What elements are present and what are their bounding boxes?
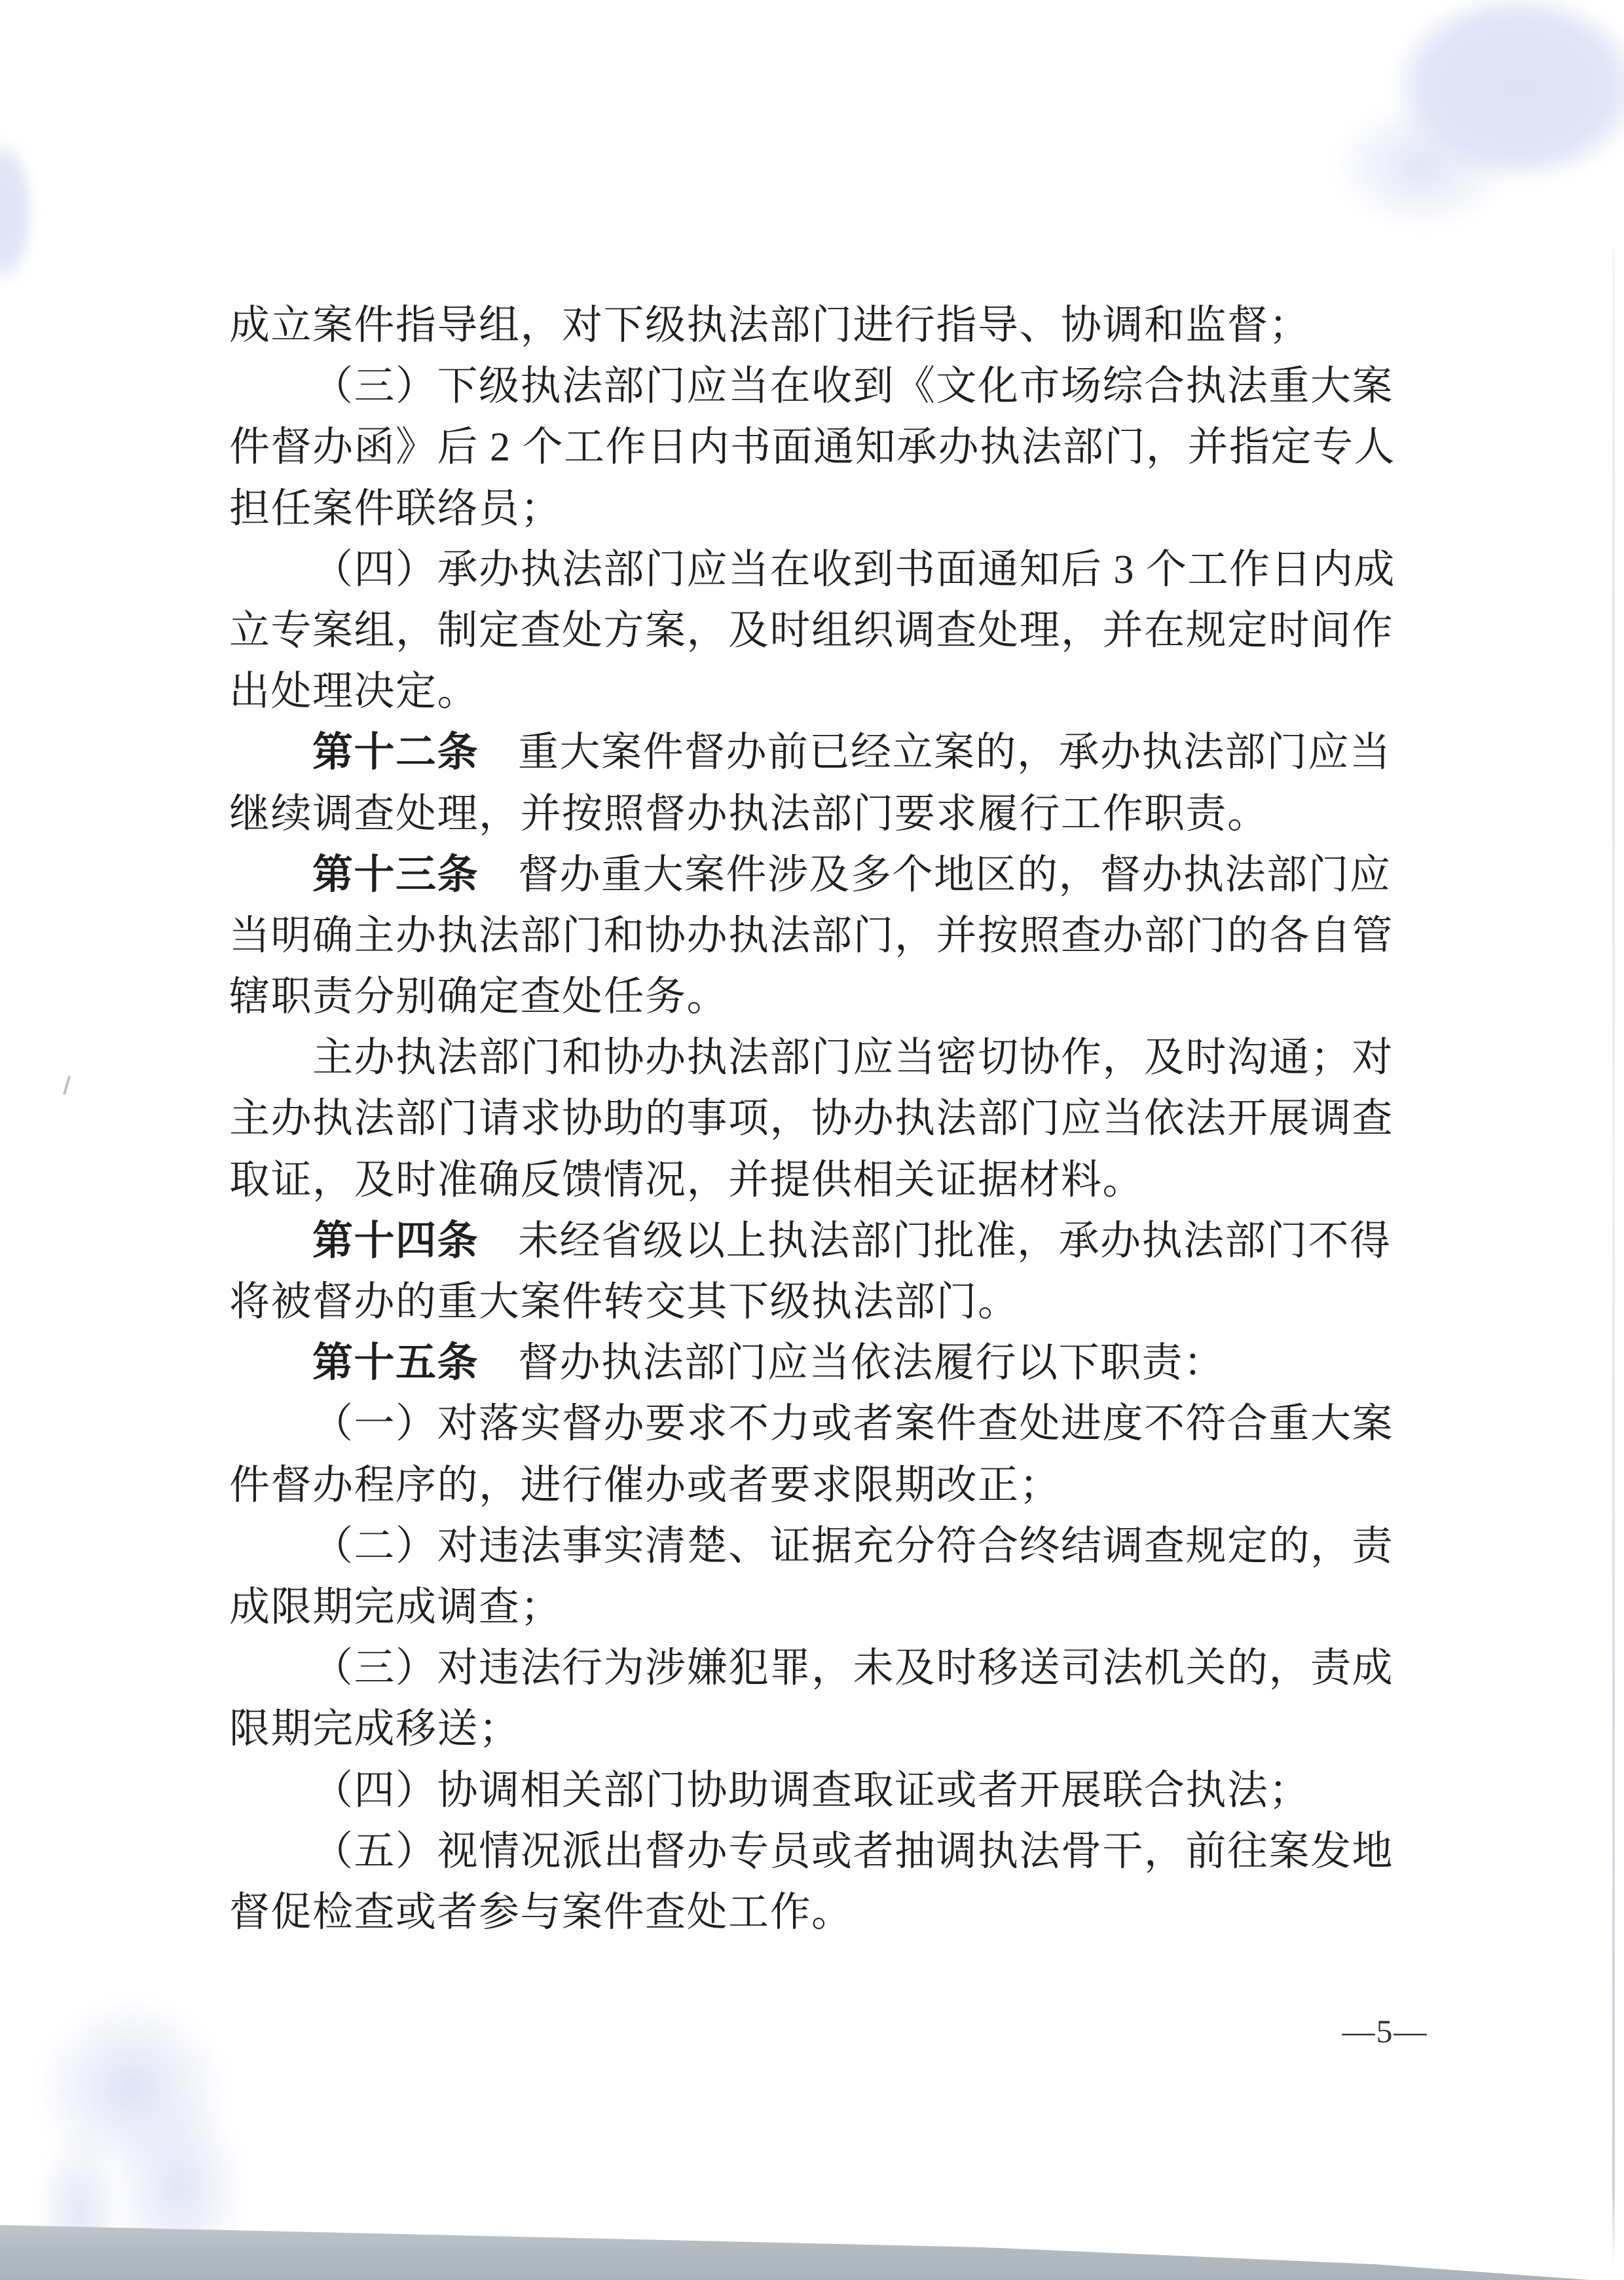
text-line: （一）对落实督办要求不力或者案件查处进度不符合重大案	[229, 1394, 1434, 1455]
stray-scan-mark	[63, 1075, 71, 1095]
text-line: （二）对违法事实清楚、证据充分符合终结调查规定的，责	[229, 1516, 1434, 1577]
text-line: 成限期完成调查；	[229, 1577, 1434, 1638]
text-line: 件督办函》后 2 个工作日内书面通知承办执法部门，并指定专人	[229, 417, 1434, 478]
line-text: （二）对违法事实清楚、证据充分符合终结调查规定的，责	[312, 1524, 1393, 1569]
line-text: 担任案件联络员；	[229, 487, 562, 531]
text-line: 督促检查或者参与案件查处工作。	[229, 1882, 1434, 1943]
text-line: （三）下级执法部门应当在收到《文化市场综合执法重大案	[229, 356, 1434, 417]
text-line: 取证，及时准确反馈情况，并提供相关证据材料。	[229, 1150, 1434, 1211]
article-number: 第十五条	[312, 1341, 479, 1385]
line-text: 立专案组，制定查处方案，及时组织调查处理，并在规定时间作	[229, 608, 1393, 653]
text-line: （五）视情况派出督办专员或者抽调执法骨干，前往案发地	[229, 1822, 1434, 1882]
line-text: 出处理决定。	[229, 669, 479, 714]
line-text: 未经省级以上执法部门批准，承办执法部门不得	[518, 1219, 1392, 1263]
text-line: 第十二条重大案件督办前已经立案的，承办执法部门应当	[229, 722, 1434, 783]
text-line: 主办执法部门和协办执法部门应当密切协作，及时沟通；对	[229, 1028, 1434, 1089]
article-number: 第十二条	[312, 730, 479, 775]
scanned-document-page: 成立案件指导组，对下级执法部门进行指导、协调和监督；（三）下级执法部门应当在收到…	[0, 0, 1624, 2280]
line-text: 重大案件督办前已经立案的，承办执法部门应当	[518, 730, 1392, 775]
text-line: 成立案件指导组，对下级执法部门进行指导、协调和监督；	[229, 295, 1434, 356]
line-text: （五）视情况派出督办专员或者抽调执法骨干，前往案发地	[312, 1829, 1393, 1874]
line-text: （三）下级执法部门应当在收到《文化市场综合执法重大案	[312, 364, 1393, 409]
line-text: 成立案件指导组，对下级执法部门进行指导、协调和监督；	[229, 303, 1310, 348]
article-number: 第十三条	[312, 853, 479, 897]
page-number: —5—	[1329, 2012, 1441, 2050]
line-text: 件督办程序的，进行催办或者要求限期改正；	[229, 1463, 1061, 1508]
text-line: 限期完成移送；	[229, 1699, 1434, 1760]
line-text: 继续调查处理，并按照督办执法部门要求履行工作职责。	[229, 792, 1269, 836]
line-text: （四）承办执法部门应当在收到书面通知后 3 个工作日内成	[312, 548, 1395, 592]
scanner-bed-band	[0, 2217, 1624, 2280]
line-text: 限期完成移送；	[229, 1707, 521, 1751]
line-text: 件督办函》后 2 个工作日内书面通知承办执法部门，并指定专人	[229, 425, 1395, 470]
text-line: 第十三条督办重大案件涉及多个地区的，督办执法部门应	[229, 845, 1434, 906]
text-block: 成立案件指导组，对下级执法部门进行指导、协调和监督；（三）下级执法部门应当在收到…	[229, 295, 1434, 1943]
text-line: 第十四条未经省级以上执法部门批准，承办执法部门不得	[229, 1211, 1434, 1272]
text-line: 立专案组，制定查处方案，及时组织调查处理，并在规定时间作	[229, 601, 1434, 662]
article-number: 第十四条	[312, 1219, 479, 1263]
scan-smudge-left-edge	[0, 110, 51, 313]
line-text: 主办执法部门和协办执法部门应当密切协作，及时沟通；对	[312, 1036, 1393, 1080]
line-text: 主办执法部门请求协助的事项，协办执法部门应当依法开展调查	[229, 1096, 1393, 1141]
text-line: （四）协调相关部门协助调查取证或者开展联合执法；	[229, 1761, 1434, 1822]
line-text: 督办重大案件涉及多个地区的，督办执法部门应	[518, 853, 1392, 897]
text-line: （四）承办执法部门应当在收到书面通知后 3 个工作日内成	[229, 540, 1434, 601]
line-text: 成限期完成调查；	[229, 1585, 562, 1630]
scan-smudge-top-right	[1290, 0, 1624, 262]
line-text: 将被督办的重大案件转交其下级执法部门。	[229, 1280, 1020, 1324]
line-text: 取证，及时准确反馈情况，并提供相关证据材料。	[229, 1158, 1144, 1203]
line-text: （四）协调相关部门协助调查取证或者开展联合执法；	[312, 1768, 1310, 1813]
text-line: 出处理决定。	[229, 662, 1434, 722]
text-line: 继续调查处理，并按照督办执法部门要求履行工作职责。	[229, 784, 1434, 845]
text-line: 担任案件联络员；	[229, 479, 1434, 540]
line-text: 辖职责分别确定查处任务。	[229, 975, 728, 1019]
text-line: 主办执法部门请求协助的事项，协办执法部门应当依法开展调查	[229, 1089, 1434, 1149]
line-text: （一）对落实督办要求不力或者案件查处进度不符合重大案	[312, 1402, 1393, 1446]
line-text: （三）对违法行为涉嫌犯罪，未及时移送司法机关的，责成	[312, 1646, 1393, 1691]
text-line: 件督办程序的，进行催办或者要求限期改正；	[229, 1455, 1434, 1516]
text-line: 当明确主办执法部门和协办执法部门，并按照查办部门的各自管	[229, 906, 1434, 967]
line-text: 当明确主办执法部门和协办执法部门，并按照查办部门的各自管	[229, 914, 1393, 958]
page-edge-line	[1612, 249, 1615, 2269]
text-line: （三）对违法行为涉嫌犯罪，未及时移送司法机关的，责成	[229, 1638, 1434, 1699]
text-line: 将被督办的重大案件转交其下级执法部门。	[229, 1272, 1434, 1333]
line-text: 督促检查或者参与案件查处工作。	[229, 1890, 853, 1935]
line-text: 督办执法部门应当依法履行以下职责：	[518, 1341, 1225, 1385]
text-line: 第十五条督办执法部门应当依法履行以下职责：	[229, 1333, 1434, 1394]
text-line: 辖职责分别确定查处任务。	[229, 967, 1434, 1028]
